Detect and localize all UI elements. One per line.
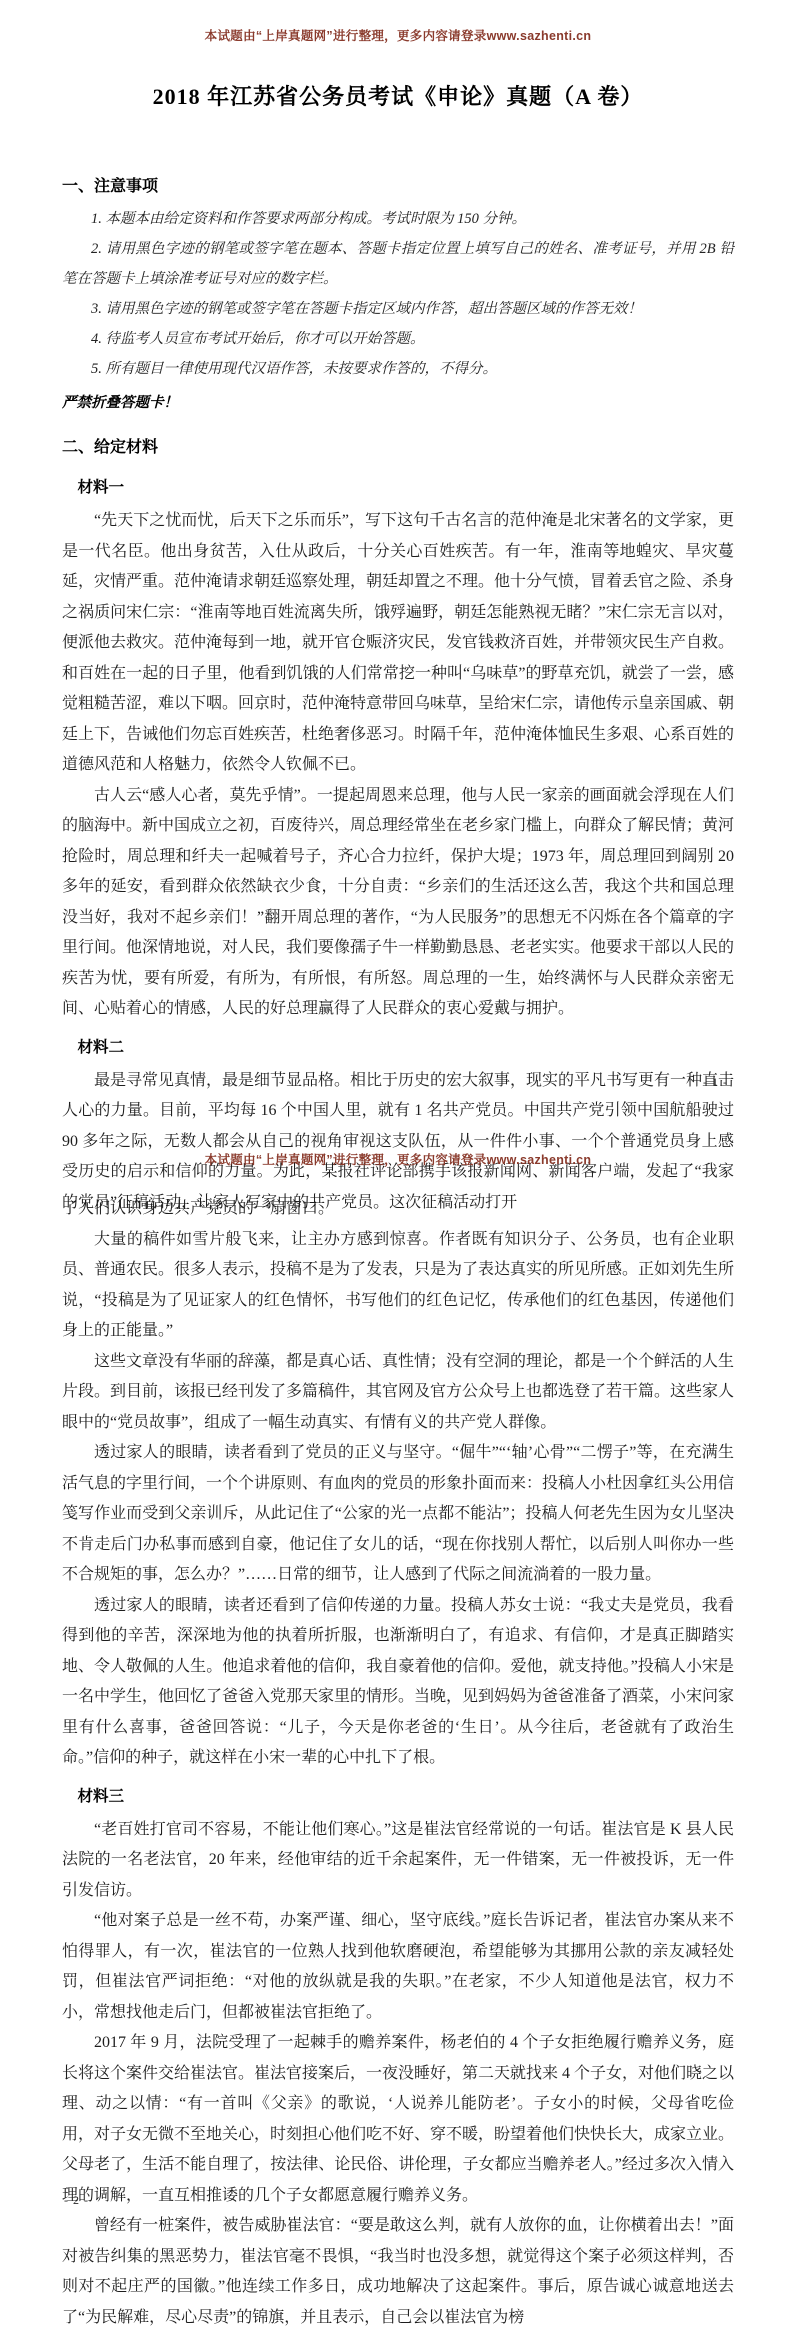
source-site-note: 本试题由“上岸真题网”进行整理，更多内容请登录www.sazhenti.cn xyxy=(62,1150,734,1168)
notice-item: 4. 待监考人员宣布考试开始后，你才可以开始答题。 xyxy=(62,324,734,354)
material-3-heading: 材料三 xyxy=(62,1774,734,1815)
material-3-paragraph: 2017 年 9 月，法院受理了一起棘手的赡养案件，杨老伯的 4 个子女拒绝履行… xyxy=(62,2028,734,2211)
notice-item: 2. 请用黑色字迹的钢笔或签字笔在题本、答题卡指定位置上填写自己的姓名、准考证号… xyxy=(62,234,734,294)
material-2-paragraph: 这些文章没有华丽的辞藻，都是真心话、真性情；没有空洞的理论，都是一个个鲜活的人生… xyxy=(62,1347,734,1439)
material-1-paragraph: “先天下之忧而忧，后天下之乐而乐”，写下这句千古名言的范仲淹是北宋著名的文学家，… xyxy=(62,506,734,781)
material-1-paragraph: 古人云“感人心者，莫先乎情”。一提起周恩来总理，他与人民一家亲的画面就会浮现在人… xyxy=(62,781,734,1025)
section-heading-notices: 一、注意事项 xyxy=(62,157,734,204)
material-2-paragraph: 透过家人的眼睛，读者看到了党员的正义与坚守。“倔牛”“‘轴’心骨”“二愣子”等，… xyxy=(62,1438,734,1591)
page-number-2: - 2 - xyxy=(64,2193,89,2208)
section-heading-materials: 二、给定材料 xyxy=(62,418,734,465)
source-site-note: 本试题由“上岸真题网”进行整理，更多内容请登录www.sazhenti.cn xyxy=(62,26,734,44)
notice-item: 5. 所有题目一律使用现代汉语作答，未按要求作答的，不得分。 xyxy=(62,354,734,384)
material-2-continuation-paragraph: 了人们认识身边共产党员的一扇窗口。 xyxy=(62,1168,734,1225)
material-2-paragraph: 大量的稿件如雪片般飞来，让主办方感到惊喜。作者既有知识分子、公务员，也有企业职员… xyxy=(62,1225,734,1347)
notice-item: 1. 本题本由给定资料和作答要求两部分构成。考试时限为 150 分钟。 xyxy=(62,204,734,234)
material-2-heading: 材料二 xyxy=(62,1025,734,1066)
material-3-paragraph: 曾经有一桩案件，被告威胁崔法官：“要是敢这么判，就有人放你的血，让你横着出去！”… xyxy=(62,2211,734,2333)
material-1-heading: 材料一 xyxy=(62,465,734,506)
material-3-paragraph: “老百姓打官司不容易，不能让他们寒心。”这是崔法官经常说的一句话。崔法官是 K … xyxy=(62,1815,734,1907)
material-3-paragraph: “他对案子总是一丝不苟，办案严谨、细心，坚守底线。”庭长告诉记者，崔法官办案从来… xyxy=(62,1906,734,2028)
page-1: 本试题由“上岸真题网”进行整理，更多内容请登录www.sazhenti.cn 2… xyxy=(0,0,794,1112)
page-2: 本试题由“上岸真题网”进行整理，更多内容请登录www.sazhenti.cn 了… xyxy=(0,1112,794,2244)
document-title: 2018 年江苏省公务员考试《申论》真题（A 卷） xyxy=(62,80,734,111)
material-2-paragraph: 透过家人的眼睛，读者还看到了信仰传递的力量。投稿人苏女士说：“我丈夫是党员，我看… xyxy=(62,1591,734,1774)
page-number-1: - 1 - xyxy=(703,1075,728,1090)
no-fold-warning: 严禁折叠答题卡！ xyxy=(62,384,734,418)
notice-item: 3. 请用黑色字迹的钢笔或签字笔在答题卡指定区域内作答，超出答题区域的作答无效！ xyxy=(62,294,734,324)
